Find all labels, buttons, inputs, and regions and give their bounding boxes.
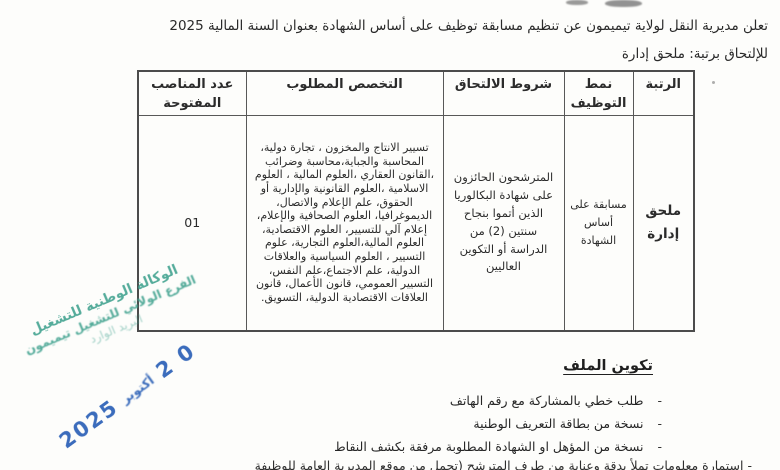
intro-line-1: تعلن مديرية النقل لولاية تيميمون عن تنظي… — [128, 13, 768, 41]
header-open-positions: عدد المناصب المفتوحة — [138, 71, 246, 115]
table-row: ملحق إدارة مسابقة على أساس الشهادة المتر… — [138, 115, 694, 331]
list-item-text: طلب خطي بالمشاركة مع رقم الهاتف — [450, 389, 644, 412]
header-rank: الرتبة — [633, 71, 694, 115]
list-item: نسخة من المؤهل او الشهادة المطلوبة مرفقة… — [334, 435, 662, 458]
header-specialization: التخصص المطلوب — [246, 71, 443, 115]
list-item: طلب خطي بالمشاركة مع رقم الهاتف — [334, 389, 662, 412]
scan-smudge — [566, 0, 588, 5]
list-item-text: نسخة من المؤهل او الشهادة المطلوبة مرفقة… — [334, 435, 643, 458]
scan-smudge — [605, 0, 642, 7]
cell-recruitment-mode: مسابقة على أساس الشهادة — [564, 115, 633, 331]
stamp-date: 0 2 أكتوبر 2025 — [42, 329, 214, 463]
scanned-job-announcement-document: تعلن مديرية النقل لولاية تيميمون عن تنظي… — [0, 0, 780, 470]
list-item-text: نسخة من بطاقة التعريف الوطنية — [473, 412, 643, 435]
file-requirements-list: طلب خطي بالمشاركة مع رقم الهاتف نسخة من … — [334, 389, 662, 458]
vacancy-table-header: الرتبة نمط التوظيف شروط الالتحاق التخصص … — [138, 71, 694, 115]
stamp-date-day: 0 2 — [152, 339, 201, 383]
intro-line-2: للإلتحاق برتبة: ملحق إدارة — [128, 41, 768, 69]
cell-open-positions: 01 — [138, 115, 246, 331]
announcement-intro: تعلن مديرية النقل لولاية تيميمون عن تنظي… — [128, 13, 768, 68]
header-conditions: شروط الالتحاق — [443, 71, 564, 115]
vacancy-table: الرتبة نمط التوظيف شروط الالتحاق التخصص … — [137, 70, 695, 332]
cell-rank: ملحق إدارة — [633, 115, 694, 331]
stamp-date-month: أكتوبر — [118, 372, 157, 406]
cell-specialization: تسيير الانتاج والمخزون ، تجارة دولية، ال… — [246, 115, 443, 331]
stamp-date-year: 2025 — [55, 395, 123, 453]
header-recruitment-mode: نمط التوظيف — [564, 71, 633, 115]
cell-conditions: المترشحون الحائزون على شهادة البكالوريا … — [443, 115, 564, 331]
list-item-clipped: استمارة معلومات تملأ بدقة وعناية من طرف … — [127, 456, 752, 470]
list-item: نسخة من بطاقة التعريف الوطنية — [334, 412, 662, 435]
scan-speck — [712, 81, 715, 84]
file-section-heading: تكوين الملف — [563, 358, 653, 374]
